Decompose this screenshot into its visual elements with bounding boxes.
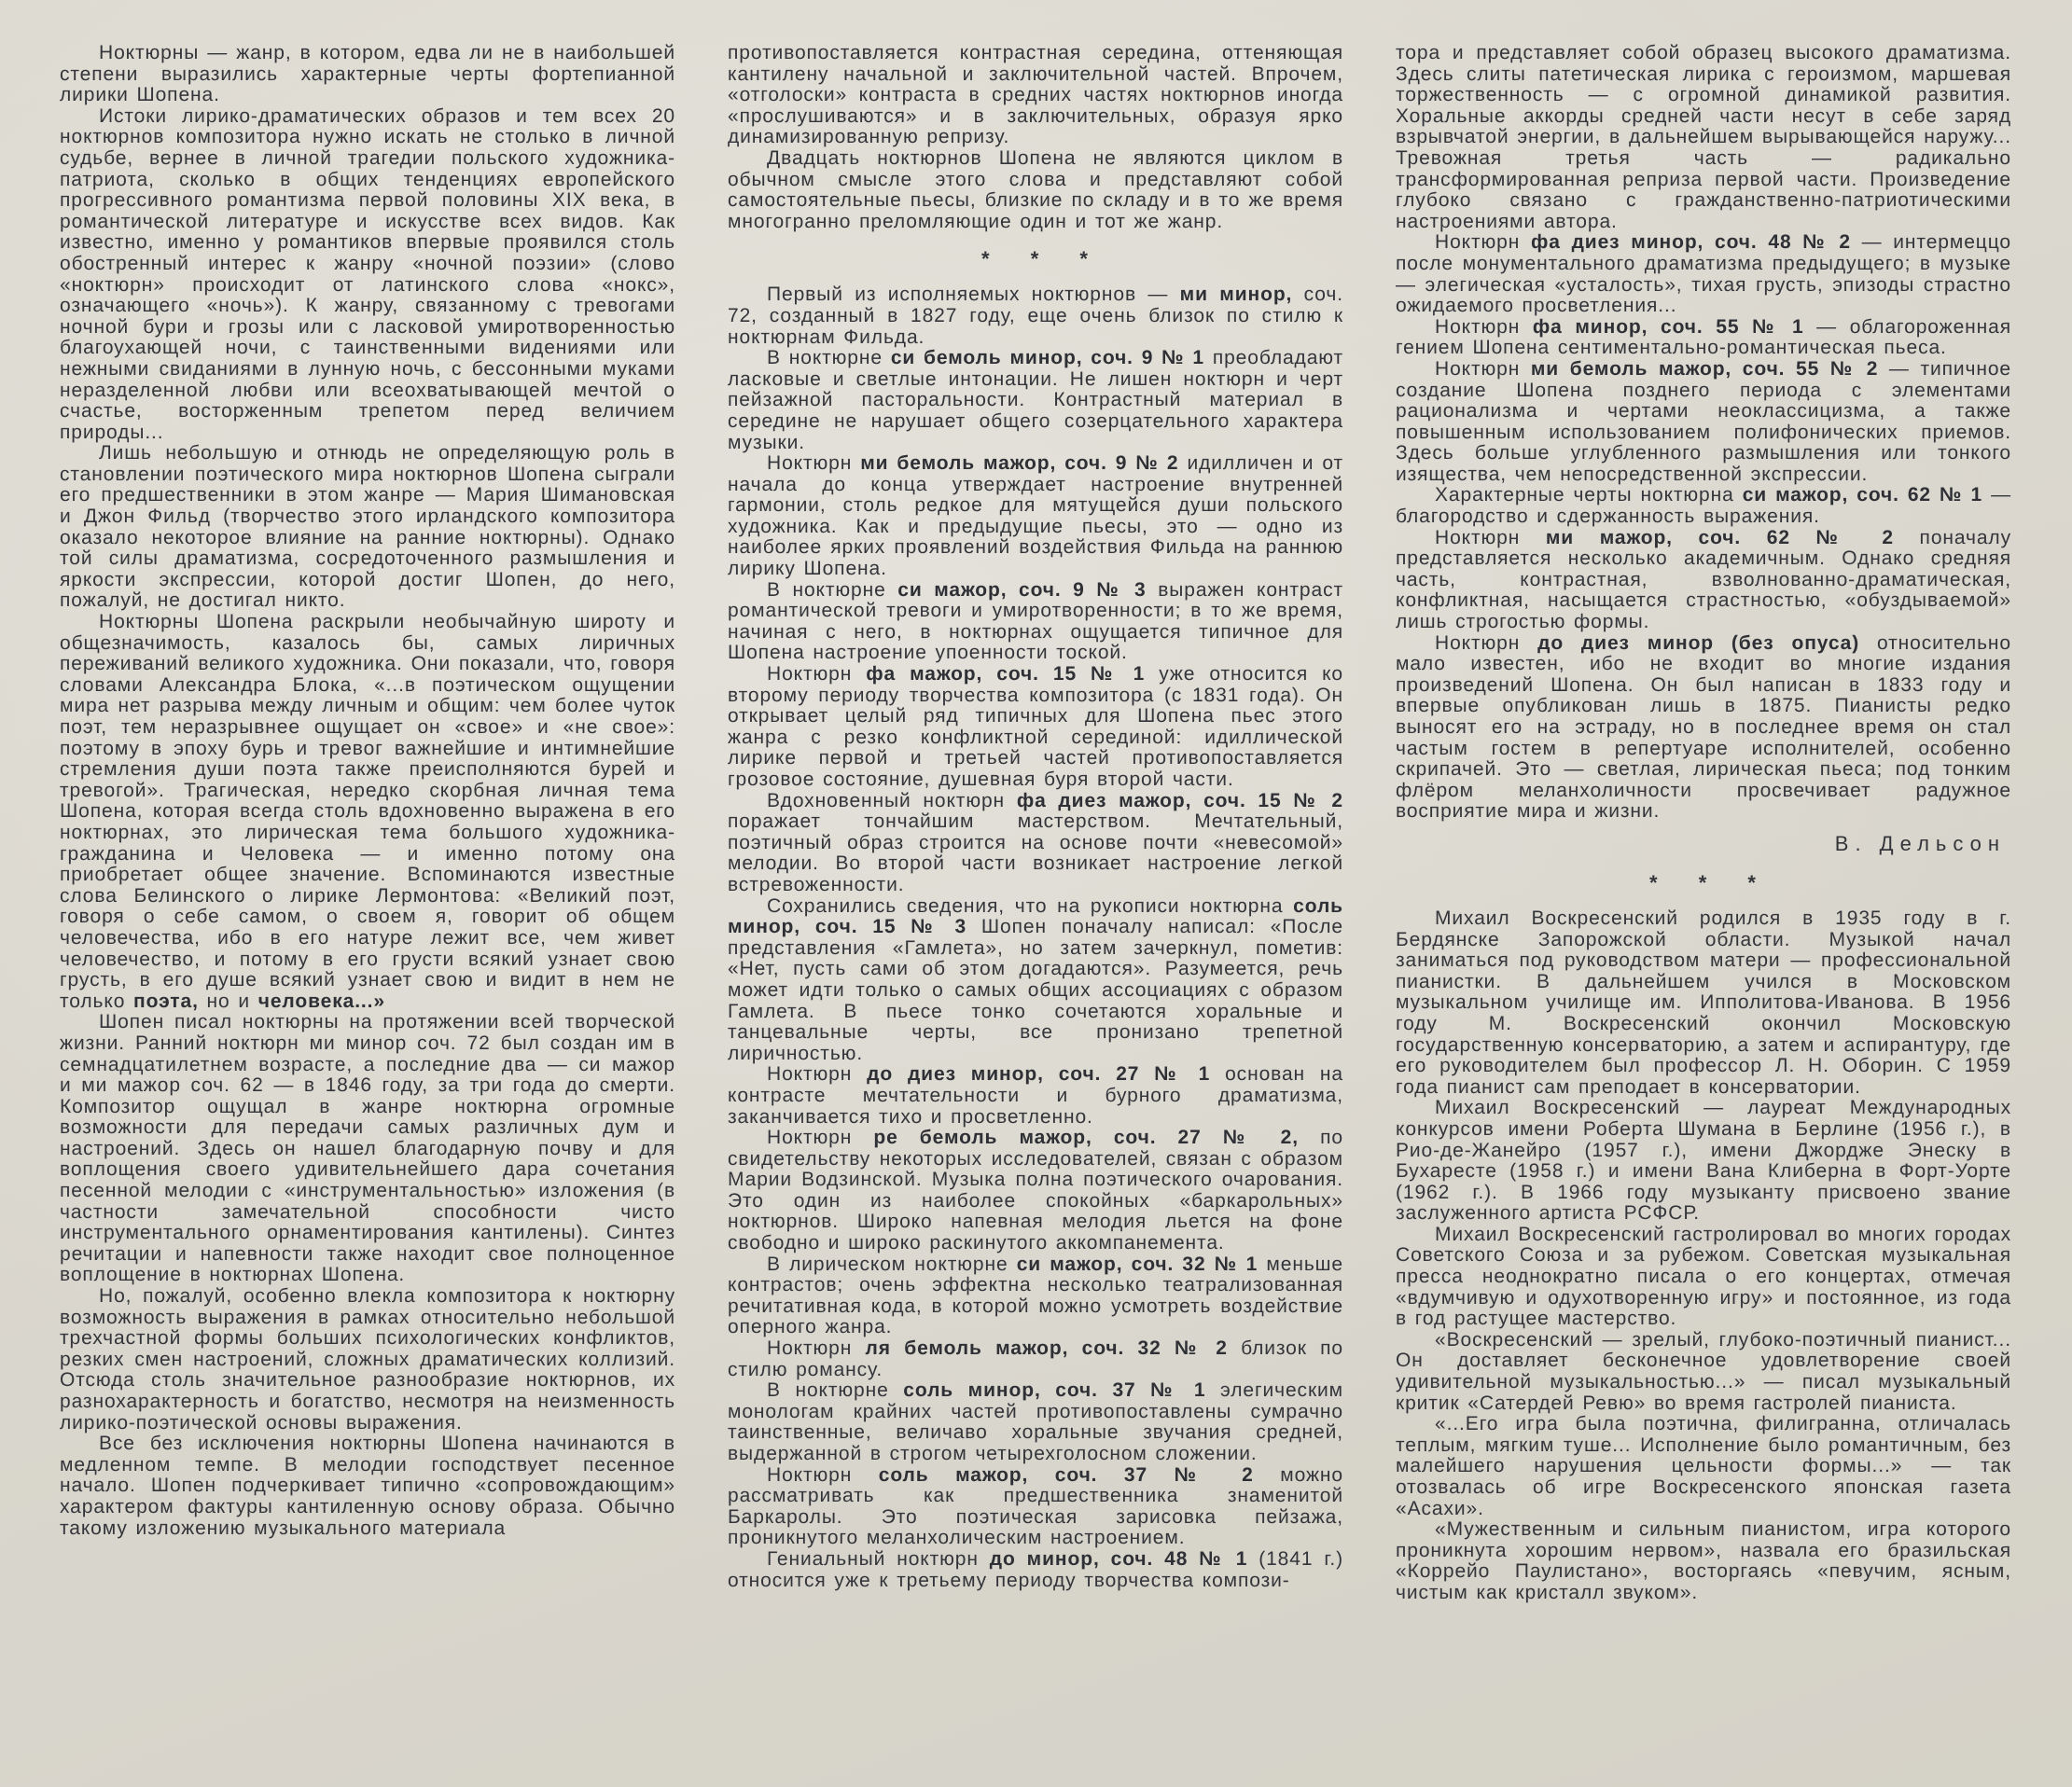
nocturne-key-bold: соль мажор, соч. 37 № 2 — [879, 1464, 1254, 1486]
text-run: «Мужественным и сильным пианистом, игра … — [1396, 1518, 2011, 1603]
text-run: Ноктюрн — [767, 1127, 873, 1148]
text-run: Ноктюрны Шопена раскрыли необычайную шир… — [60, 611, 675, 1012]
text-run: «...Его игра была поэтична, филигранна, … — [1396, 1413, 2011, 1518]
text-run: Михаил Воскресенский гастролировал во мн… — [1396, 1224, 2011, 1329]
paragraph: Ноктюрн соль мажор, соч. 37 № 2 можно ра… — [728, 1465, 1343, 1549]
nocturne-key-bold: ми мажор, соч. 62 № 2 — [1546, 527, 1894, 548]
nocturne-key-bold: фа диез минор, соч. 48 № 2 — [1531, 231, 1851, 253]
column-3: тора и представляет собой образец высоко… — [1396, 43, 2011, 1604]
paragraph: Вдохновенный ноктюрн фа диез мажор, соч.… — [728, 791, 1343, 896]
text-run: Михаил Воскресенский — лауреат Междунаро… — [1396, 1097, 2011, 1224]
nocturne-key-bold: человека...» — [258, 990, 385, 1012]
text-run: Первый из исполняемых ноктюрнов — — [767, 284, 1180, 305]
paragraph: Ноктюрн фа диез минор, соч. 48 № 2 — инт… — [1396, 232, 2011, 316]
paragraph: противопоставляется контрастная середина… — [728, 43, 1343, 148]
paragraph: Шопен писал ноктюрны на протяжении всей … — [60, 1012, 675, 1286]
paragraph: Михаил Воскресенский гастролировал во мн… — [1396, 1225, 2011, 1330]
text-run: Все без исключения ноктюрны Шопена начин… — [60, 1433, 675, 1538]
paragraph: В ноктюрне соль минор, соч. 37 № 1 элеги… — [728, 1380, 1343, 1464]
paragraph: Ноктюрн ми бемоль мажор, соч. 55 № 2 — т… — [1396, 359, 2011, 486]
nocturne-key-bold: ми минор, — [1180, 284, 1293, 305]
paragraph: «Мужественным и сильным пианистом, игра … — [1396, 1519, 2011, 1603]
nocturne-key-bold: до минор, соч. 48 № 1 — [990, 1548, 1248, 1570]
nocturne-key-bold: си мажор, соч. 9 № 3 — [897, 579, 1146, 601]
nocturne-key-bold: си бемоль минор, соч. 9 № 1 — [891, 347, 1204, 368]
nocturne-key-bold: фа мажор, соч. 15 № 1 — [866, 663, 1145, 685]
text-run: Ноктюрн — [1435, 316, 1533, 338]
text-run: Шопен писал ноктюрны на протяжении всей … — [60, 1011, 675, 1285]
text-run: противопоставляется контрастная середина… — [728, 42, 1343, 147]
paragraph: Ноктюрн фа мажор, соч. 15 № 1 уже относи… — [728, 664, 1343, 791]
paragraph: Ноктюрн фа минор, соч. 55 № 1 — облагоро… — [1396, 317, 2011, 359]
paragraph: Сохранились сведения, что на рукописи но… — [728, 896, 1343, 1065]
paragraph: Лишь небольшую и отнюдь не определяющую … — [60, 443, 675, 612]
nocturne-key-bold: ми бемоль мажор, соч. 55 № 2 — [1531, 358, 1878, 380]
text-run: Ноктюрн — [767, 663, 866, 685]
text-run: Ноктюрн — [1435, 632, 1537, 654]
text-run: Ноктюрн — [767, 1063, 867, 1085]
paragraph: Ноктюрн ре бемоль мажор, соч. 27 № 2, по… — [728, 1128, 1343, 1254]
paragraph: В ноктюрне си бемоль минор, соч. 9 № 1 п… — [728, 348, 1343, 453]
paragraph: «Воскресенский — зрелый, глубоко-поэтичн… — [1396, 1330, 2011, 1414]
text-run: Гениальный ноктюрн — [767, 1548, 990, 1570]
paragraph: Но, пожалуй, особенно влекла композитора… — [60, 1286, 675, 1434]
paragraph: Истоки лирико-драматических образов и те… — [60, 106, 675, 444]
text-run: Михаил Воскресенский родился в 1935 году… — [1396, 907, 2011, 1098]
paragraph: Все без исключения ноктюрны Шопена начин… — [60, 1434, 675, 1539]
text-run: Истоки лирико-драматических образов и те… — [60, 105, 675, 443]
nocturne-key-bold: поэта, — [133, 990, 199, 1012]
nocturne-key-bold: ре бемоль мажор, соч. 27 № 2, — [873, 1127, 1299, 1148]
paragraph: «...Его игра была поэтична, филигранна, … — [1396, 1414, 2011, 1519]
nocturne-key-bold: си мажор, соч. 32 № 1 — [1017, 1254, 1258, 1275]
paragraph: тора и представляет собой образец высоко… — [1396, 43, 2011, 232]
paragraph: Михаил Воскресенский родился в 1935 году… — [1396, 908, 2011, 1098]
liner-notes-page: Ноктюрны — жанр, в котором, едва ли не в… — [0, 0, 2072, 1787]
text-run: Ноктюрн — [1435, 527, 1546, 548]
paragraph: Первый из исполняемых ноктюрнов — ми мин… — [728, 284, 1343, 348]
text-run: Вдохновенный ноктюрн — [767, 790, 1017, 811]
nocturne-key-bold: до диез минор, соч. 27 № 1 — [867, 1063, 1210, 1085]
paragraph: Ноктюрны Шопена раскрыли необычайную шир… — [60, 612, 675, 1012]
paragraph: В ноктюрне си мажор, соч. 9 № 3 выражен … — [728, 580, 1343, 664]
paragraph: Ноктюрн ми бемоль мажор, соч. 9 № 2 идил… — [728, 453, 1343, 580]
nocturne-key-bold: фа минор, соч. 55 № 1 — [1533, 316, 1804, 338]
text-run: относительно мало известен, ибо не входи… — [1396, 632, 2011, 823]
column-1: Ноктюрны — жанр, в котором, едва ли не в… — [60, 43, 675, 1604]
text-run: Лишь небольшую и отнюдь не определяющую … — [60, 442, 675, 611]
author-signature: В. Дельсон — [1396, 832, 2006, 856]
nocturne-key-bold: фа диез мажор, соч. 15 № 2 — [1017, 790, 1343, 811]
nocturne-key-bold: соль минор, соч. 37 № 1 — [903, 1379, 1205, 1401]
section-separator: * * * — [728, 247, 1343, 271]
text-run: Характерные черты ноктюрна — [1435, 484, 1743, 506]
text-run: Ноктюрн — [1435, 358, 1531, 380]
column-2: противопоставляется контрастная середина… — [728, 43, 1343, 1604]
text-run: Шопен поначалу написал: «После представл… — [728, 916, 1343, 1064]
paragraph: Гениальный ноктюрн до минор, соч. 48 № 1… — [728, 1549, 1343, 1591]
text-columns: Ноктюрны — жанр, в котором, едва ли не в… — [60, 43, 2012, 1604]
text-run: Сохранились сведения, что на рукописи но… — [767, 895, 1293, 917]
paragraph: Ноктюрны — жанр, в котором, едва ли не в… — [60, 43, 675, 106]
paragraph: В лирическом ноктюрне си мажор, соч. 32 … — [728, 1254, 1343, 1338]
text-run: В лирическом ноктюрне — [767, 1254, 1017, 1275]
text-run: «Воскресенский — зрелый, глубоко-поэтичн… — [1396, 1329, 2011, 1414]
text-run: но и — [199, 990, 258, 1012]
text-run: В ноктюрне — [767, 579, 897, 601]
paragraph: Двадцать ноктюрнов Шопена не являются ци… — [728, 148, 1343, 232]
text-run: Но, пожалуй, особенно влекла композитора… — [60, 1285, 675, 1434]
text-run: В ноктюрне — [767, 347, 891, 368]
text-run: Двадцать ноктюрнов Шопена не являются ци… — [728, 147, 1343, 232]
text-run: В ноктюрне — [767, 1379, 903, 1401]
paragraph: Характерные черты ноктюрна си мажор, соч… — [1396, 485, 2011, 527]
paragraph: Ноктюрн ми мажор, соч. 62 № 2 поначалу п… — [1396, 528, 2011, 633]
text-run: Ноктюрн — [1435, 231, 1531, 253]
text-run: Ноктюрны — жанр, в котором, едва ли не в… — [60, 42, 675, 105]
text-run: Ноктюрн — [767, 452, 860, 474]
paragraph: Ноктюрн ля бемоль мажор, соч. 32 № 2 бли… — [728, 1338, 1343, 1380]
text-run: Ноктюрн — [767, 1464, 879, 1486]
text-run: тора и представляет собой образец высоко… — [1396, 42, 2011, 232]
nocturne-key-bold: си мажор, соч. 62 № 1 — [1743, 484, 1982, 506]
paragraph: Ноктюрн до диез минор (без опуса) относи… — [1396, 633, 2011, 823]
nocturne-key-bold: до диез минор (без опуса) — [1537, 632, 1859, 654]
nocturne-key-bold: ми бемоль мажор, соч. 9 № 2 — [860, 452, 1178, 474]
paragraph: Михаил Воскресенский — лауреат Междунаро… — [1396, 1098, 2011, 1225]
text-run: поражает тончайшим мастерством. Мечтател… — [728, 810, 1343, 895]
section-separator: * * * — [1396, 871, 2011, 895]
nocturne-key-bold: ля бемоль мажор, соч. 32 № 2 — [866, 1337, 1228, 1359]
text-run: Ноктюрн — [767, 1337, 866, 1359]
paragraph: Ноктюрн до диез минор, соч. 27 № 1 основ… — [728, 1064, 1343, 1128]
